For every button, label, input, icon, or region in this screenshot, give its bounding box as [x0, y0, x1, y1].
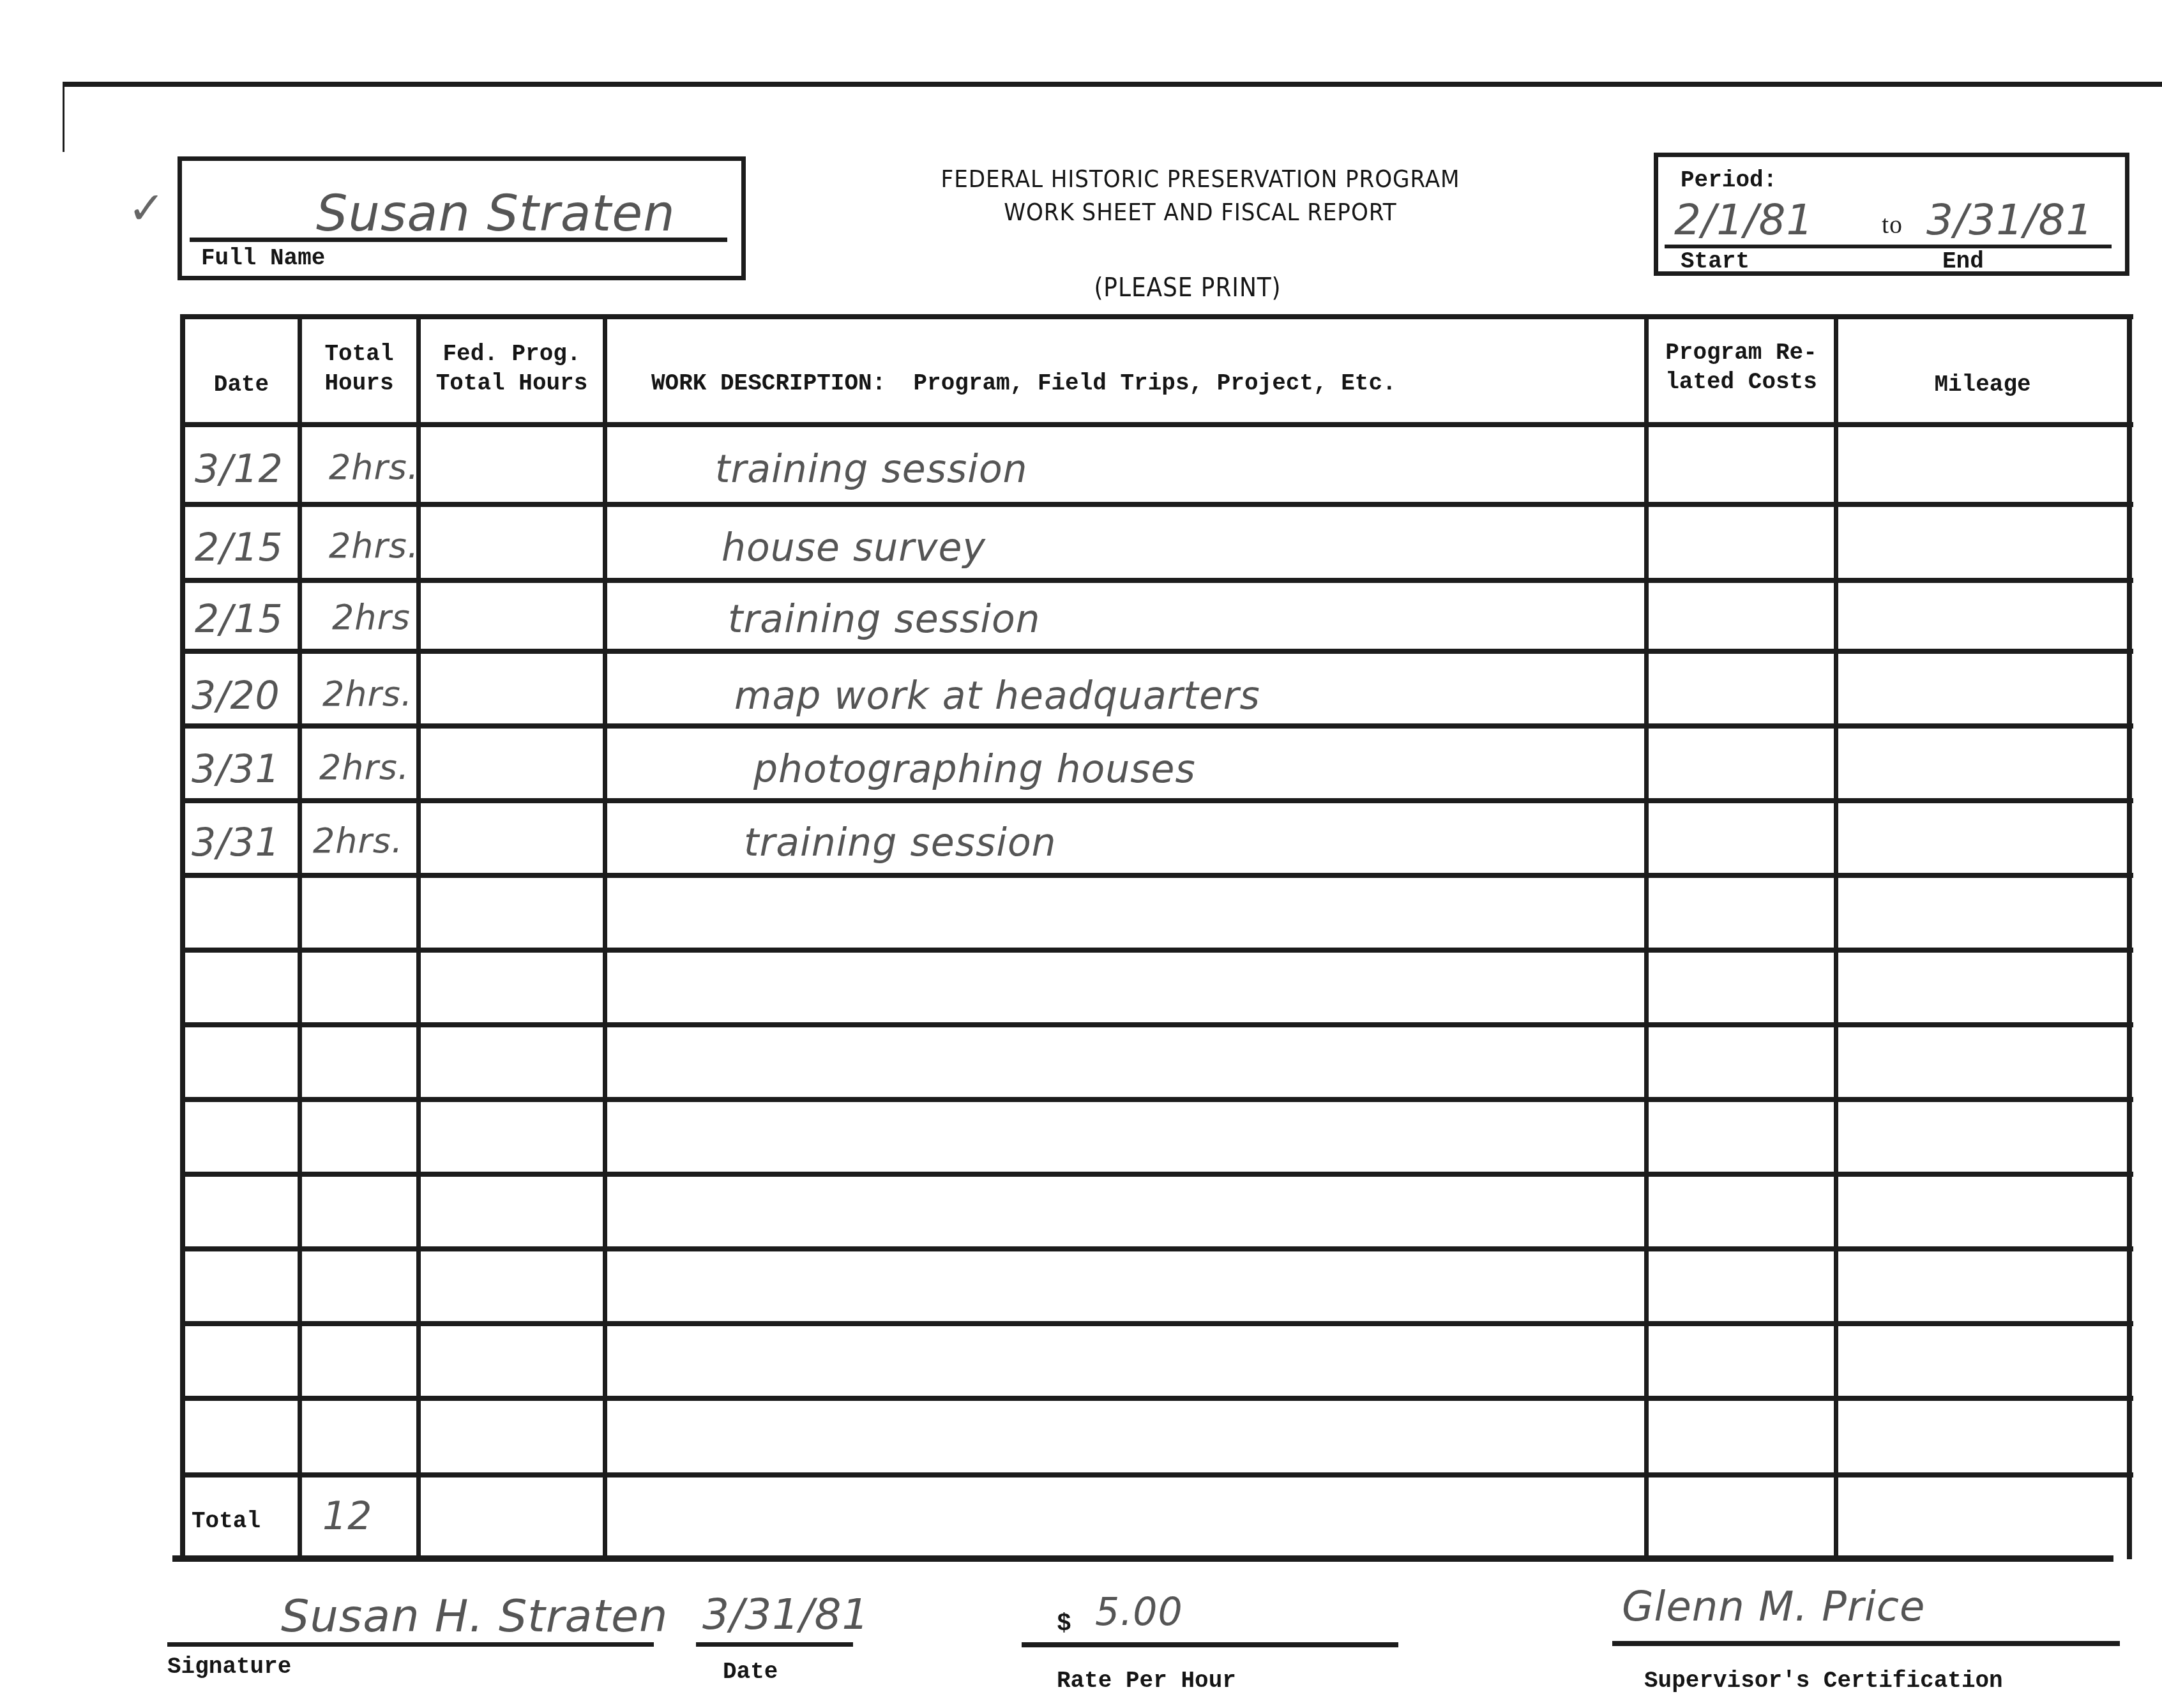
- cell-date[interactable]: 2/15: [195, 597, 283, 642]
- cell-hours[interactable]: 2hrs: [332, 597, 411, 637]
- cell-hours[interactable]: 2hrs.: [319, 747, 409, 787]
- col-divider-costs: [1834, 314, 1838, 1559]
- date-line: [696, 1642, 853, 1647]
- rate-label: Rate Per Hour: [1057, 1668, 1236, 1694]
- signature-label: Signature: [167, 1654, 291, 1680]
- date-value[interactable]: 3/31/81: [702, 1590, 869, 1639]
- cell-date[interactable]: 2/15: [195, 525, 283, 570]
- row-line: [181, 578, 2133, 583]
- cell-date[interactable]: 3/12: [195, 447, 283, 492]
- supervisor-label: Supervisor's Certification: [1644, 1668, 2003, 1694]
- header-work-description: WORK DESCRIPTION: Program, Field Trips, …: [651, 369, 1396, 398]
- cell-description[interactable]: map work at headquarters: [734, 674, 1260, 718]
- rate-line: [1022, 1642, 1398, 1647]
- header-costs-l1: Program Re-: [1649, 338, 1834, 368]
- cell-date[interactable]: 3/20: [192, 674, 280, 718]
- row-line: [181, 1246, 2133, 1251]
- header-date: Date: [185, 370, 298, 400]
- header-fed-prog-l1: Fed. Prog.: [421, 340, 603, 369]
- row-line: [181, 1321, 2133, 1326]
- cell-hours[interactable]: 2hrs.: [329, 447, 419, 487]
- cell-description[interactable]: photographing houses: [753, 747, 1196, 792]
- row-line: [181, 502, 2133, 507]
- cell-hours[interactable]: 2hrs.: [322, 674, 412, 714]
- row-line: [181, 1172, 2133, 1177]
- signature-value[interactable]: Susan H. Straten: [281, 1590, 668, 1642]
- table-left-border: [180, 314, 185, 1559]
- row-line: [181, 798, 2133, 803]
- row-line: [181, 873, 2133, 878]
- header-mileage: Mileage: [1838, 370, 2127, 400]
- supervisor-signature[interactable]: Glenn M. Price: [1622, 1583, 1925, 1631]
- cell-description[interactable]: training session: [744, 820, 1057, 865]
- row-line: [181, 1396, 2133, 1401]
- cell-date[interactable]: 3/31: [192, 747, 280, 792]
- work-sheet-table: Date Total Hours Fed. Prog. Total Hours …: [0, 0, 2162, 1708]
- col-divider-desc: [1644, 314, 1649, 1559]
- row-line: [181, 1097, 2133, 1102]
- cell-description[interactable]: training session: [728, 597, 1041, 642]
- cell-hours[interactable]: 2hrs.: [329, 525, 419, 566]
- total-label: Total: [192, 1508, 261, 1534]
- cell-description[interactable]: training session: [715, 447, 1028, 492]
- supervisor-line: [1612, 1641, 2120, 1646]
- date-label: Date: [723, 1659, 778, 1685]
- header-total-hours-l1: Total: [302, 340, 416, 369]
- cell-hours[interactable]: 2hrs.: [313, 820, 403, 861]
- table-bottom-border: [172, 1555, 2113, 1562]
- col-divider-hours: [416, 314, 421, 1559]
- table-top-border: [181, 314, 2133, 319]
- header-costs-l2: lated Costs: [1649, 368, 1834, 397]
- cell-date[interactable]: 3/31: [192, 820, 280, 865]
- row-line: [181, 649, 2133, 654]
- row-line: [181, 422, 2133, 427]
- col-divider-fed: [603, 314, 607, 1559]
- rate-value[interactable]: 5.00: [1095, 1590, 1183, 1635]
- row-line: [181, 723, 2133, 729]
- table-right-border: [2127, 314, 2132, 1559]
- header-total-hours-l2: Hours: [302, 369, 416, 398]
- cell-description[interactable]: house survey: [722, 525, 986, 570]
- row-line: [181, 1022, 2133, 1027]
- signature-line: [167, 1642, 654, 1647]
- header-fed-prog-l2: Total Hours: [421, 369, 603, 398]
- row-line: [181, 948, 2133, 953]
- col-divider-date: [298, 314, 302, 1559]
- rate-currency: $: [1057, 1610, 1071, 1638]
- total-hours-value[interactable]: 12: [322, 1494, 372, 1539]
- row-line: [181, 1472, 2133, 1477]
